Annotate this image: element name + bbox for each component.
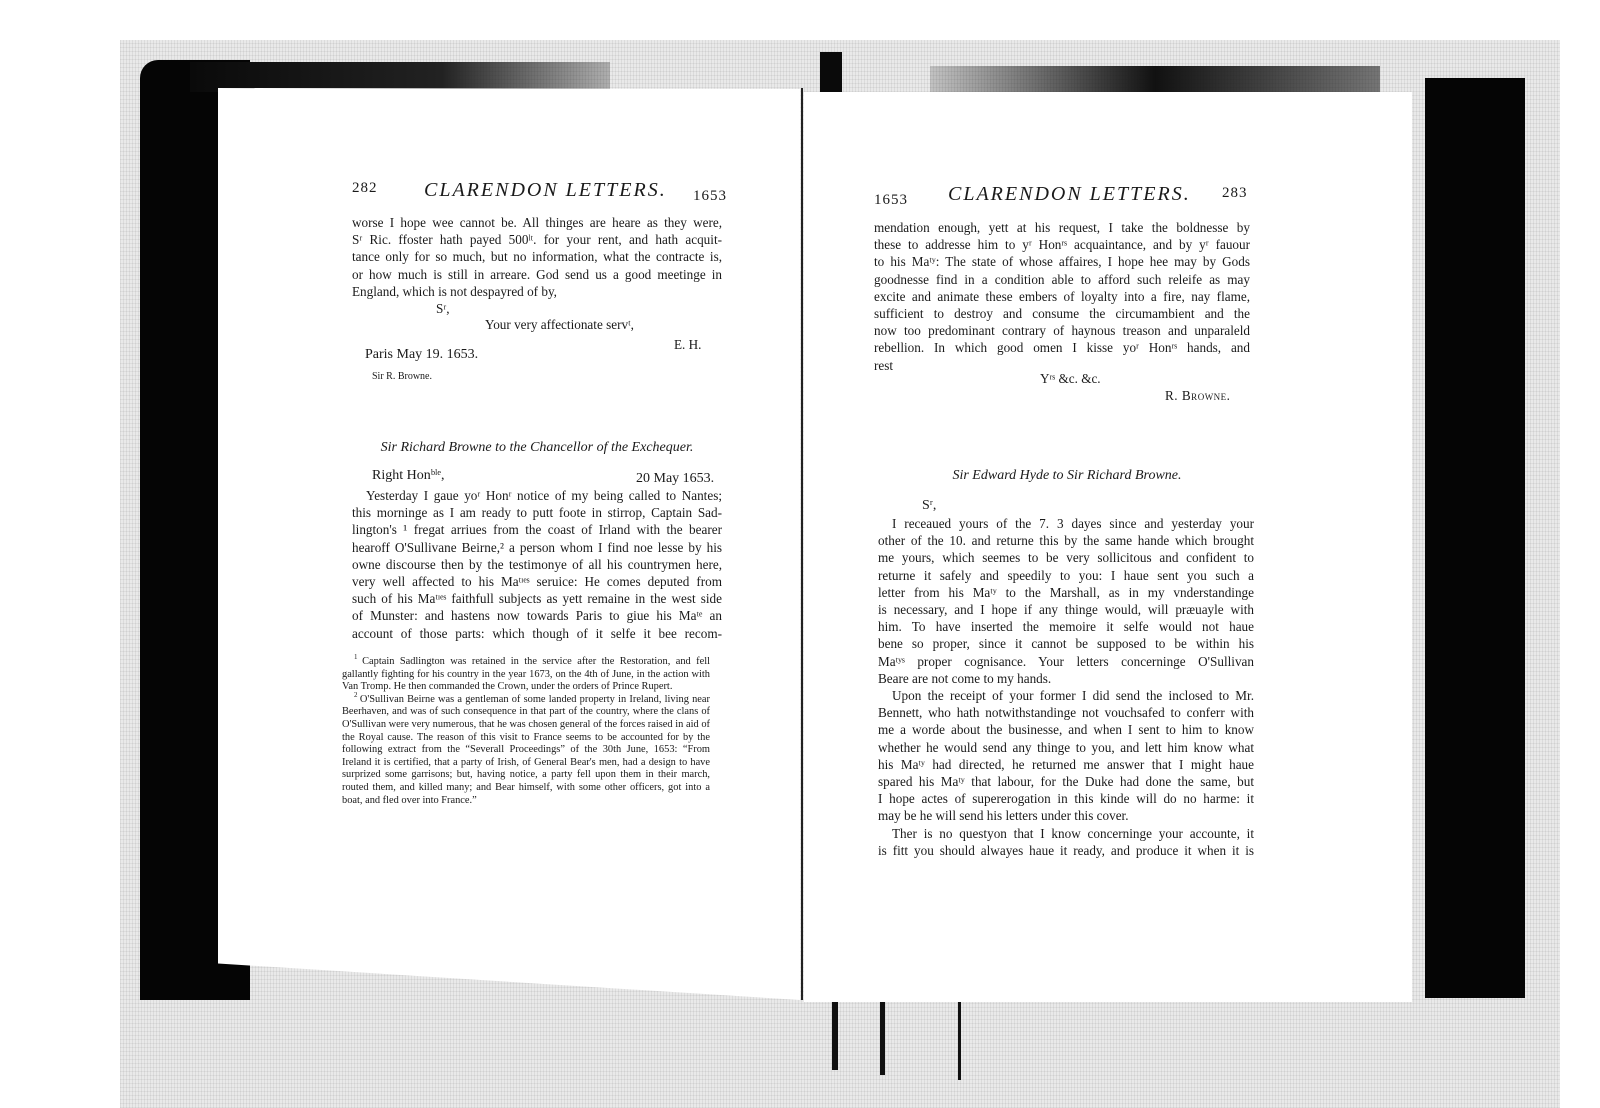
- right-letter-body: I receaued yours of the 7. 3 dayes since…: [878, 515, 1254, 859]
- text-line: these to addresse him to yʳ Honʳˢ acquai…: [874, 236, 1250, 253]
- left-letter-salutation: Right Honᵇˡᵉ,: [372, 467, 444, 484]
- left-place-date: Paris May 19. 1653.: [365, 346, 478, 363]
- left-signature: E. H.: [674, 336, 701, 353]
- left-closing: Your very affectionate servᵗ,: [485, 316, 634, 333]
- paragraph: Ther is no questyon that I know concerni…: [878, 825, 1254, 859]
- paragraph: Upon the receipt of your former I did se…: [878, 687, 1254, 825]
- text-line: goodnesse find in a condition able to af…: [874, 271, 1250, 288]
- text-line: to his Maᵗʸ: The state of whose affaires…: [874, 253, 1250, 270]
- text-line: or how much is still in arreare. God sen…: [352, 266, 722, 283]
- right-running-title: CLARENDON LETTERS.: [948, 183, 1191, 206]
- spine-bottom-mark: [958, 1000, 961, 1080]
- book-gutter: [801, 88, 803, 1000]
- book-cover-right-edge: [1425, 78, 1525, 998]
- right-year: 1653: [874, 192, 908, 209]
- spine-bottom-mark: [832, 1000, 838, 1070]
- footnote-marker: 1: [354, 653, 362, 661]
- text-line: letter from his Maᵗʸ to the Marshall, as…: [878, 584, 1254, 601]
- left-salutation: Sʳ,: [436, 300, 450, 317]
- left-letter-date: 20 May 1653.: [636, 470, 714, 487]
- footnote: 2 O'Sullivan Beirne was a gentleman of s…: [342, 694, 710, 807]
- text-line: me yours, which seemes to be very sollic…: [878, 549, 1254, 566]
- footnote-marker: 2: [354, 691, 360, 699]
- text-line: Yesterday I gaue yoʳ Honʳ notice of my b…: [352, 487, 722, 504]
- text-line: Maᵗʸˢ proper cognisance. Your letters co…: [878, 653, 1254, 670]
- book-top-edge-left: [190, 62, 610, 92]
- text-line: other of the 10. and returne this by the…: [878, 532, 1254, 549]
- right-letter-salutation: Sʳ,: [922, 497, 936, 514]
- text-line: I hope actes of supererogation in this k…: [878, 790, 1254, 807]
- left-continuation-text: worse I hope wee cannot be. All thinges …: [352, 214, 722, 300]
- text-line: I receaued yours of the 7. 3 dayes since…: [878, 515, 1254, 532]
- left-year: 1653: [693, 188, 727, 205]
- text-line: lington's ¹ fregat arriues from the coas…: [352, 521, 722, 538]
- text-line: spared his Maᵗʸ that labour, for the Duk…: [878, 773, 1254, 790]
- text-line: excite and animate these embers of loyal…: [874, 288, 1250, 305]
- text-line: hearoff O'Sullivane Beirne,² a person wh…: [352, 539, 722, 556]
- text-line: may be he will send his letters under th…: [878, 807, 1254, 824]
- right-signature: R. Browne.: [1165, 387, 1230, 404]
- text-line: him. To have inserted the memoire it sel…: [878, 618, 1254, 635]
- text-line: account of those parts: which though of …: [352, 625, 722, 642]
- text-line: whether he would send any thinge to you,…: [878, 739, 1254, 756]
- text-line: is necessary, and I hope if any thinge w…: [878, 601, 1254, 618]
- right-continuation-text: mendation enough, yett at his request, I…: [874, 219, 1250, 374]
- text-line: worse I hope wee cannot be. All thinges …: [352, 214, 722, 231]
- text-line: of Munster: and hastens now towards Pari…: [352, 607, 722, 624]
- text-line: such of his Maᵗᶦᵉˢ faithfull subjects as…: [352, 590, 722, 607]
- right-page-number: 283: [1222, 185, 1248, 202]
- text-line: Sʳ Ric. ffoster hath payed 500ˡᵗ. for yo…: [352, 231, 722, 248]
- right-closing: Yʳˢ &c. &c.: [1040, 370, 1101, 387]
- left-running-title: CLARENDON LETTERS.: [424, 179, 667, 202]
- book-top-edge-right: [930, 66, 1380, 92]
- left-addressee: Sir R. Browne.: [372, 371, 432, 382]
- text-line: owne discourse then by the testimonye of…: [352, 556, 722, 573]
- text-line: this morninge as I am ready to putt foot…: [352, 504, 722, 521]
- left-letter-heading: Sir Richard Browne to the Chancellor of …: [352, 440, 722, 456]
- left-letter-body: Yesterday I gaue yoʳ Honʳ notice of my b…: [352, 487, 722, 642]
- text-line: rebellion. In which good omen I kisse yo…: [874, 339, 1250, 356]
- text-line: mendation enough, yett at his request, I…: [874, 219, 1250, 236]
- text-line: now too predominant contrary of haynous …: [874, 322, 1250, 339]
- text-line: his Maᵗʸ had directed, he returned me an…: [878, 756, 1254, 773]
- text-line: England, which is not despayred of by,: [352, 283, 722, 300]
- text-line: is fitt you should alwayes haue it ready…: [878, 842, 1254, 859]
- left-footnotes: 1 Captain Sadlington was retained in the…: [342, 656, 710, 807]
- paragraph: I receaued yours of the 7. 3 dayes since…: [878, 515, 1254, 687]
- right-letter-heading: Sir Edward Hyde to Sir Richard Browne.: [874, 468, 1260, 484]
- text-line: Upon the receipt of your former I did se…: [878, 687, 1254, 704]
- spine-bottom-mark: [880, 1000, 885, 1075]
- text-line: tance only for so much, but no informati…: [352, 248, 722, 265]
- text-line: me a worde about the businesse, and when…: [878, 721, 1254, 738]
- spine-top-mark: [820, 52, 842, 92]
- text-line: Beare are not come to my hands.: [878, 670, 1254, 687]
- footnote: 1 Captain Sadlington was retained in the…: [342, 656, 710, 694]
- left-page-number: 282: [352, 180, 378, 197]
- text-line: Ther is no questyon that I know concerni…: [878, 825, 1254, 842]
- text-line: returne it safely and speedily to you: I…: [878, 567, 1254, 584]
- text-line: very well affected to his Maᵗᶦᵉˢ seruice…: [352, 573, 722, 590]
- text-line: Bennett, who hath notwithstandinge not v…: [878, 704, 1254, 721]
- text-line: sufficient to destroy and consume the ci…: [874, 305, 1250, 322]
- text-line: bene so proper, since it cannot be suppo…: [878, 635, 1254, 652]
